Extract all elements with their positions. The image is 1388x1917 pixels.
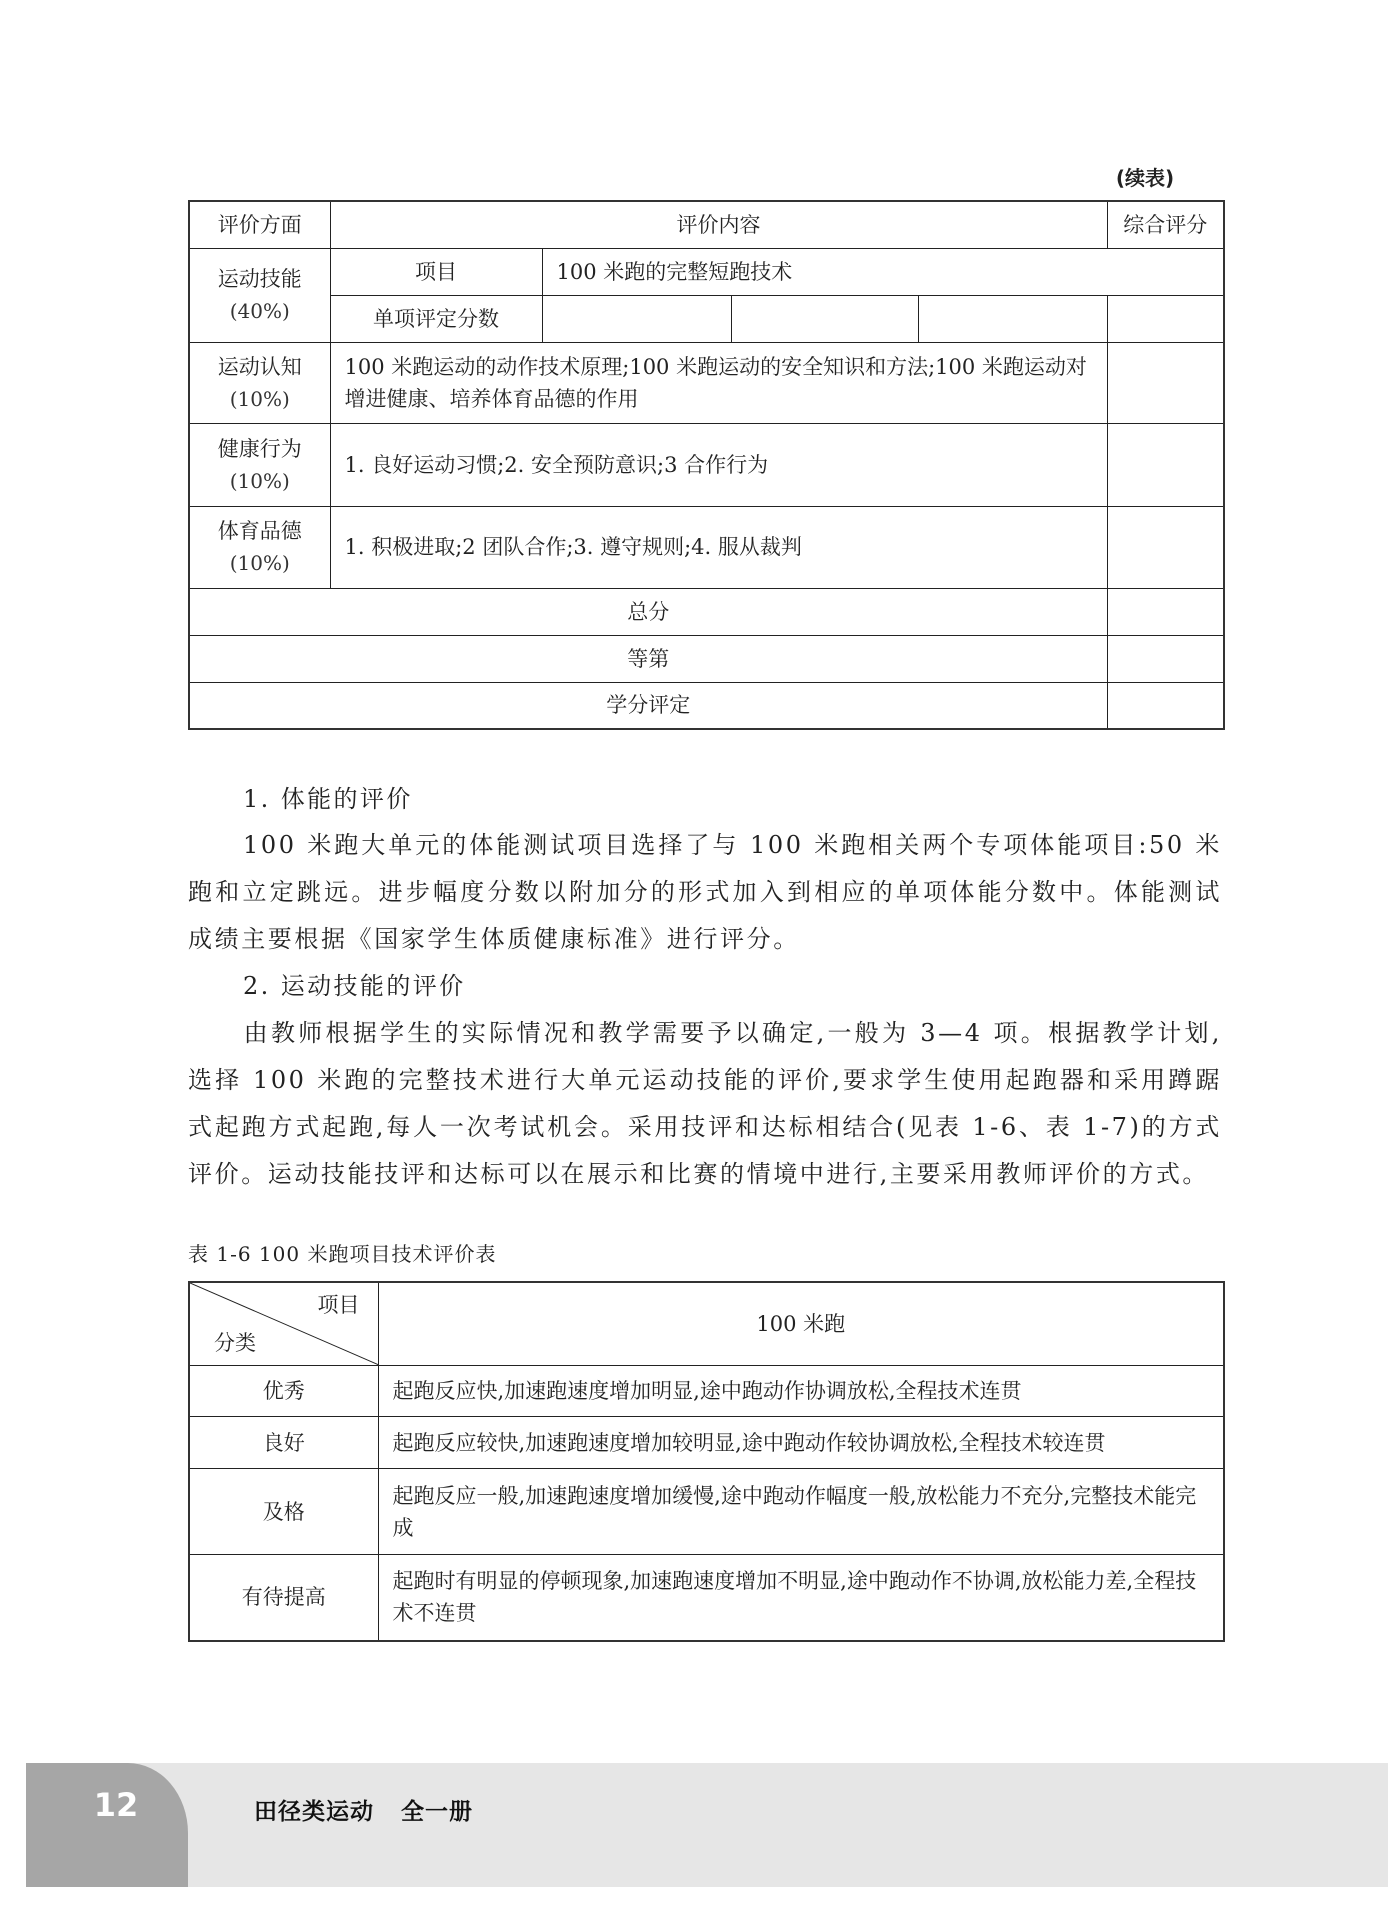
summary-row-credit: 学分评定 (189, 682, 1224, 729)
footer-band (26, 1763, 1388, 1887)
corner-label-category: 分类 (214, 1327, 256, 1359)
diagonal-header-cell: 项目 分类 (189, 1282, 378, 1366)
aspect-cell: 体育品德 (10%) (189, 506, 330, 588)
aspect-label: 运动技能 (218, 267, 302, 291)
table-row: 运动认知 (10%) 100 米跑运动的动作技术原理;100 米跑运动的安全知识… (189, 342, 1224, 423)
aspect-weight: (10%) (204, 547, 316, 579)
score-label: 单项评定分数 (330, 295, 542, 342)
aspect-weight: (10%) (204, 465, 316, 497)
header-content: 评价内容 (330, 201, 1107, 248)
desc-cell: 起跑反应一般,加速跑速度增加缓慢,途中跑动作幅度一般,放松能力不充分,完整技术能… (378, 1469, 1224, 1555)
table-row: 有待提高 起跑时有明显的停顿现象,加速跑速度增加不明显,途中跑动作不协调,放松能… (189, 1555, 1224, 1641)
table-row: 健康行为 (10%) 1. 良好运动习惯;2. 安全预防意识;3 合作行为 (189, 423, 1224, 506)
grade-cell: 有待提高 (189, 1555, 378, 1641)
score-cell (731, 295, 918, 342)
table-row: 优秀 起跑反应快,加速跑速度增加明显,途中跑动作协调放松,全程技术连贯 (189, 1366, 1224, 1417)
aspect-label: 体育品德 (218, 519, 302, 543)
header-aspect: 评价方面 (189, 201, 330, 248)
table-row: 体育品德 (10%) 1. 积极进取;2 团队合作;3. 遵守规则;4. 服从裁… (189, 506, 1224, 588)
overall-cell (1107, 635, 1224, 682)
overall-cell (1107, 342, 1224, 423)
section-heading-fitness: 1. 体能的评价 (243, 779, 413, 814)
page-number: 12 (26, 1786, 206, 1824)
aspect-cell: 运动认知 (10%) (189, 342, 330, 423)
summary-label: 学分评定 (189, 682, 1107, 729)
table-row: 及格 起跑反应一般,加速跑速度增加缓慢,途中跑动作幅度一般,放松能力不充分,完整… (189, 1469, 1224, 1555)
table-caption: 表 1-6 100 米跑项目技术评价表 (188, 1238, 496, 1267)
section-heading-skill: 2. 运动技能的评价 (243, 966, 466, 1001)
score-cell (542, 295, 731, 342)
header-100m: 100 米跑 (378, 1282, 1224, 1366)
overall-cell (1107, 506, 1224, 588)
evaluation-table: 评价方面 评价内容 综合评分 运动技能 (40%) 项目 100 米跑的完整短跑… (188, 200, 1225, 730)
table-header-row: 评价方面 评价内容 综合评分 (189, 201, 1224, 248)
aspect-cell: 运动技能 (40%) (189, 248, 330, 342)
header-overall: 综合评分 (1107, 201, 1224, 248)
summary-label: 总分 (189, 588, 1107, 635)
grade-cell: 良好 (189, 1417, 378, 1469)
summary-row-total: 总分 (189, 588, 1224, 635)
grade-cell: 优秀 (189, 1366, 378, 1417)
aspect-label: 健康行为 (218, 437, 302, 461)
content-cell: 1. 积极进取;2 团队合作;3. 遵守规则;4. 服从裁判 (330, 506, 1107, 588)
desc-cell: 起跑反应较快,加速跑速度增加较明显,途中跑动作较协调放松,全程技术较连贯 (378, 1417, 1224, 1469)
desc-cell: 起跑时有明显的停顿现象,加速跑速度增加不明显,途中跑动作不协调,放松能力差,全程… (378, 1555, 1224, 1641)
continuation-label: (续表) (1100, 162, 1190, 191)
content-cell: 100 米跑运动的动作技术原理;100 米跑运动的安全知识和方法;100 米跑运… (330, 342, 1107, 423)
paragraph-text: 100 米跑大单元的体能测试项目选择了与 100 米跑相关两个专项体能项目:50… (188, 831, 1222, 953)
overall-cell (1107, 682, 1224, 729)
table-row: 良好 起跑反应较快,加速跑速度增加较明显,途中跑动作较协调放松,全程技术较连贯 (189, 1417, 1224, 1469)
summary-row-grade: 等第 (189, 635, 1224, 682)
table-row: 单项评定分数 (189, 295, 1224, 342)
desc-cell: 起跑反应快,加速跑速度增加明显,途中跑动作协调放松,全程技术连贯 (378, 1366, 1224, 1417)
page-number-tab (26, 1763, 188, 1887)
grade-cell: 及格 (189, 1469, 378, 1555)
aspect-weight: (10%) (204, 383, 316, 415)
aspect-cell: 健康行为 (10%) (189, 423, 330, 506)
aspect-weight: (40%) (204, 295, 316, 327)
score-cell (918, 295, 1107, 342)
table-header-row: 项目 分类 100 米跑 (189, 1282, 1224, 1366)
overall-cell (1107, 295, 1224, 342)
paragraph-text: 由教师根据学生的实际情况和教学需要予以确定,一般为 3—4 项。根据教学计划,选… (188, 1019, 1222, 1188)
item-value: 100 米跑的完整短跑技术 (542, 248, 1224, 295)
paragraph-skill: 由教师根据学生的实际情况和教学需要予以确定,一般为 3—4 项。根据教学计划,选… (188, 1010, 1222, 1198)
corner-label-item: 项目 (318, 1289, 360, 1321)
technique-evaluation-table: 项目 分类 100 米跑 优秀 起跑反应快,加速跑速度增加明显,途中跑动作协调放… (188, 1281, 1225, 1642)
paragraph-fitness: 100 米跑大单元的体能测试项目选择了与 100 米跑相关两个专项体能项目:50… (188, 822, 1222, 963)
overall-cell (1107, 588, 1224, 635)
table-row: 运动技能 (40%) 项目 100 米跑的完整短跑技术 (189, 248, 1224, 295)
aspect-label: 运动认知 (218, 355, 302, 379)
overall-cell (1107, 423, 1224, 506)
item-label: 项目 (330, 248, 542, 295)
content-cell: 1. 良好运动习惯;2. 安全预防意识;3 合作行为 (330, 423, 1107, 506)
summary-label: 等第 (189, 635, 1107, 682)
book-title: 田径类运动 全一册 (254, 1793, 473, 1826)
